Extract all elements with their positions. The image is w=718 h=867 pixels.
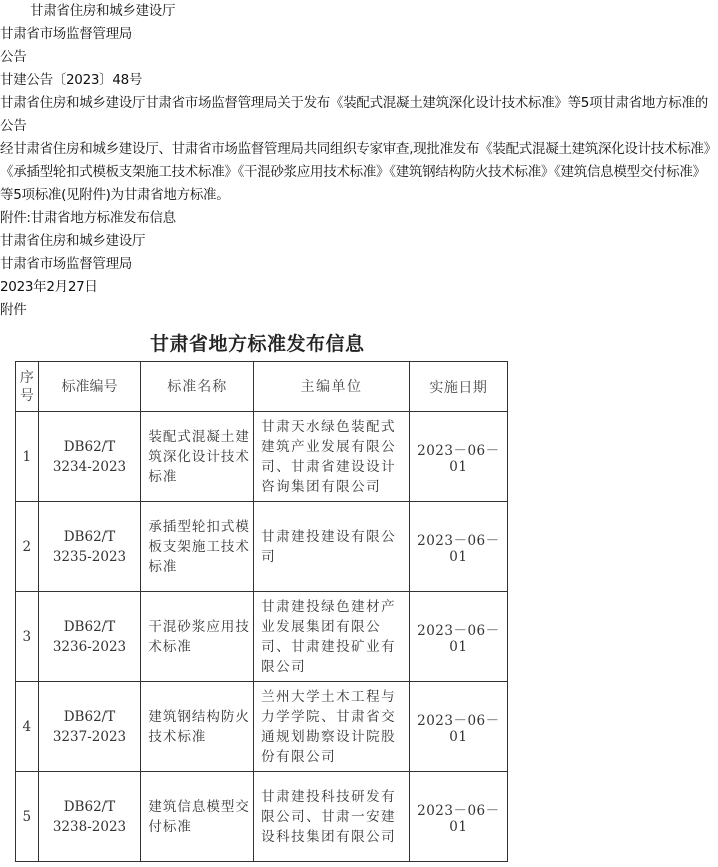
- table-row: 5 DB62/T 3238-2023 建筑信息模型交付标准 甘肃建投科技研发有限…: [16, 772, 508, 862]
- code-prefix: DB62/T: [39, 527, 141, 547]
- cell-name: 建筑钢结构防火技术标准: [141, 682, 254, 772]
- table-row: 3 DB62/T 3236-2023 干混砂浆应用技术标准 甘肃建投绿色建材产业…: [16, 592, 508, 682]
- cell-code: DB62/T 3237-2023: [38, 682, 141, 772]
- cell-seq: 2: [16, 502, 39, 592]
- standards-table: 序 号 标准编号 标准名称 主编单位 实施日期 1 DB62/T 3234-20…: [15, 361, 508, 862]
- notice-body: 经甘肃省住房和城乡建设厅、甘肃省市场监督管理局共同组织专家审查,现批准发布《装配…: [0, 138, 716, 207]
- cell-date: 2023－06－01: [409, 412, 507, 502]
- code-prefix: DB62/T: [39, 797, 141, 817]
- cell-seq: 5: [16, 772, 39, 862]
- header-seq: 序 号: [16, 362, 39, 412]
- doc-type: 公告: [0, 46, 718, 69]
- attachment-title: 甘肃省地方标准发布信息: [150, 329, 370, 356]
- header-code: 标准编号: [38, 362, 141, 412]
- signature-1: 甘肃省住房和城乡建设厅: [0, 230, 718, 253]
- code-number: 3234-2023: [39, 457, 141, 477]
- attachment-label: 附件: [0, 299, 718, 322]
- cell-name: 装配式混凝土建筑深化设计技术标准: [141, 412, 254, 502]
- cell-date: 2023－06－01: [409, 502, 507, 592]
- cell-name: 建筑信息模型交付标准: [141, 772, 254, 862]
- signature-2: 甘肃省市场监督管理局: [0, 253, 718, 276]
- code-number: 3237-2023: [39, 727, 141, 747]
- header-seq-line1: 序: [16, 369, 38, 387]
- notice-text: 甘肃省住房和城乡建设厅 甘肃省市场监督管理局 公告 甘建公告〔2023〕48号 …: [0, 0, 718, 322]
- doc-number: 甘建公告〔2023〕48号: [0, 69, 718, 92]
- header-unit: 主编单位: [254, 362, 410, 412]
- table-header-row: 序 号 标准编号 标准名称 主编单位 实施日期: [16, 362, 508, 412]
- header-seq-line2: 号: [16, 387, 38, 405]
- cell-seq: 3: [16, 592, 39, 682]
- cell-code: DB62/T 3235-2023: [38, 502, 141, 592]
- code-number: 3235-2023: [39, 547, 141, 567]
- issuer-2: 甘肃省市场监督管理局: [0, 23, 718, 46]
- cell-code: DB62/T 3238-2023: [38, 772, 141, 862]
- code-prefix: DB62/T: [39, 437, 141, 457]
- cell-unit: 甘肃建投绿色建材产业发展集团有限公司、甘肃建投矿业有限公司: [254, 592, 410, 682]
- table-row: 2 DB62/T 3235-2023 承插型轮扣式模板支架施工技术标准 甘肃建投…: [16, 502, 508, 592]
- cell-date: 2023－06－01: [409, 682, 507, 772]
- code-prefix: DB62/T: [39, 617, 141, 637]
- code-number: 3238-2023: [39, 817, 141, 837]
- cell-unit: 甘肃建投科技研发有限公司、甘肃一安建设科技集团有限公司: [254, 772, 410, 862]
- cell-unit: 甘肃建投建设有限公司: [254, 502, 410, 592]
- header-date: 实施日期: [409, 362, 507, 412]
- cell-name: 承插型轮扣式模板支架施工技术标准: [141, 502, 254, 592]
- cell-seq: 1: [16, 412, 39, 502]
- cell-date: 2023－06－01: [409, 772, 507, 862]
- table-row: 1 DB62/T 3234-2023 装配式混凝土建筑深化设计技术标准 甘肃天水…: [16, 412, 508, 502]
- cell-unit: 甘肃天水绿色装配式建筑产业发展有限公司、甘肃省建设设计咨询集团有限公司: [254, 412, 410, 502]
- cell-seq: 4: [16, 682, 39, 772]
- notice-title: 甘肃省住房和城乡建设厅甘肃省市场监督管理局关于发布《装配式混凝土建筑深化设计技术…: [0, 92, 716, 138]
- cell-date: 2023－06－01: [409, 592, 507, 682]
- cell-code: DB62/T 3236-2023: [38, 592, 141, 682]
- code-prefix: DB62/T: [39, 707, 141, 727]
- cell-name: 干混砂浆应用技术标准: [141, 592, 254, 682]
- table-row: 4 DB62/T 3237-2023 建筑钢结构防火技术标准 兰州大学土木工程与…: [16, 682, 508, 772]
- notice-date: 2023年2月27日: [0, 276, 718, 299]
- attachment-note: 附件:甘肃省地方标准发布信息: [0, 207, 718, 230]
- cell-code: DB62/T 3234-2023: [38, 412, 141, 502]
- issuer-1: 甘肃省住房和城乡建设厅: [0, 0, 718, 23]
- cell-unit: 兰州大学土木工程与力学学院、甘肃省交通规划勘察设计院股份有限公司: [254, 682, 410, 772]
- header-name: 标准名称: [141, 362, 254, 412]
- code-number: 3236-2023: [39, 637, 141, 657]
